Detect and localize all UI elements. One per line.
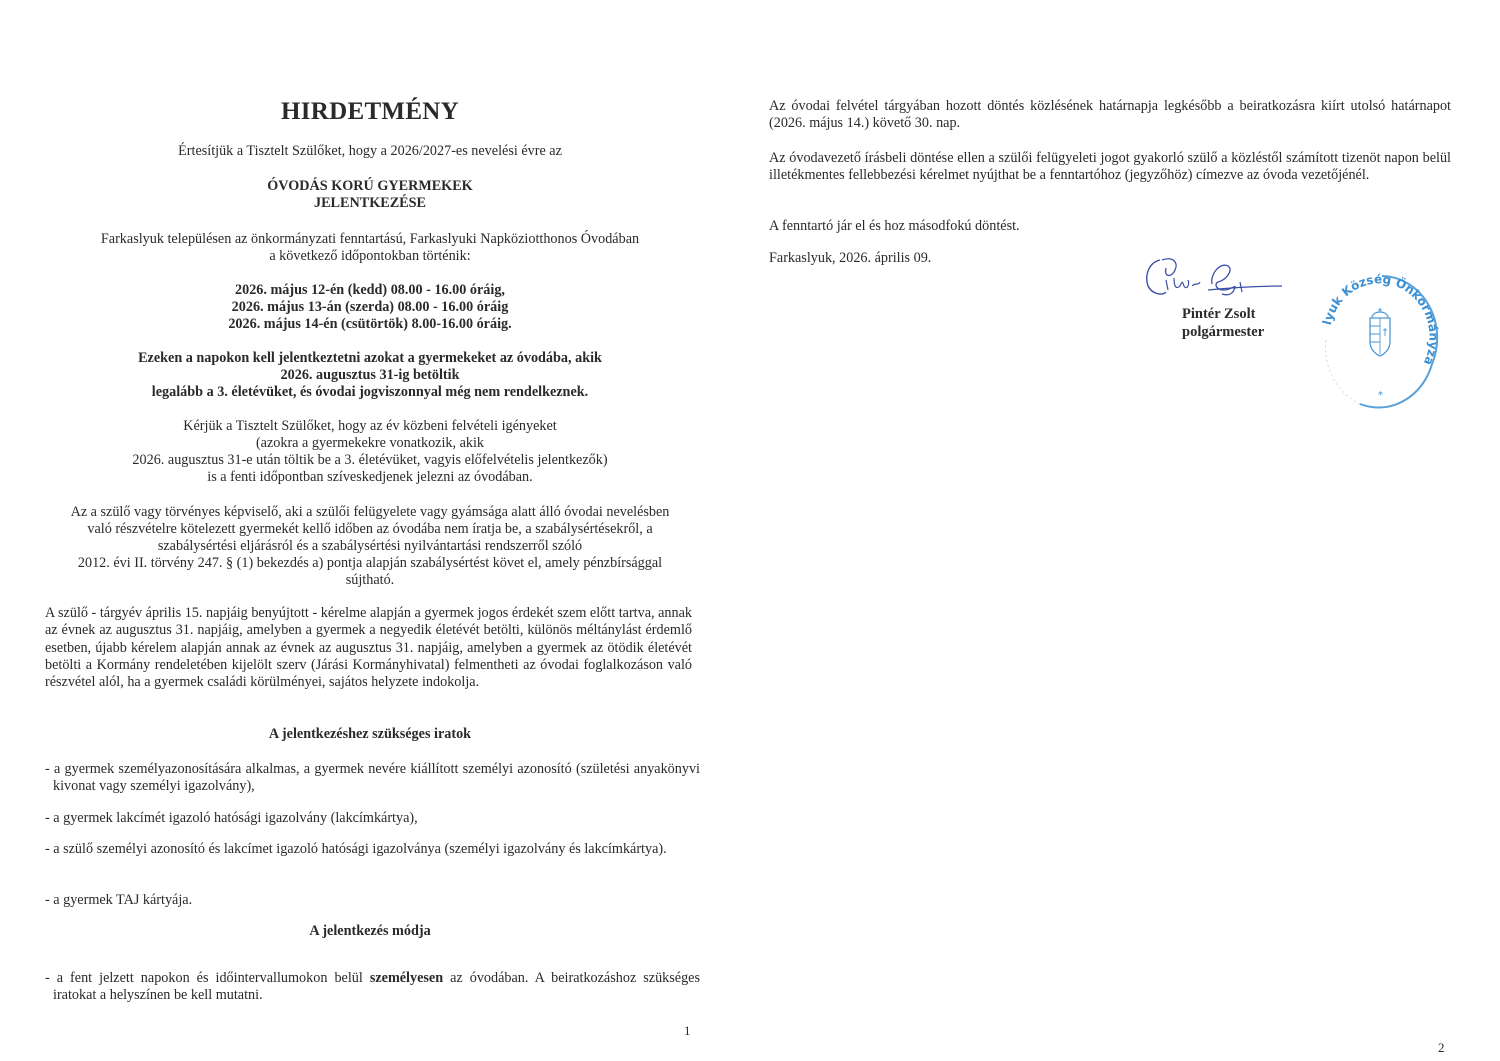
- method-heading: A jelentkezés módja: [0, 923, 740, 940]
- signatory-name: Pintér Zsolt: [1182, 305, 1255, 323]
- document-item-1: - a gyermek személyazonosítására alkalma…: [45, 761, 700, 796]
- exemption-paragraph: A szülő - tárgyév április 15. napjáig be…: [45, 605, 692, 691]
- request-line-1: Kérjük a Tisztelt Szülőket, hogy az év k…: [0, 418, 740, 435]
- document-item-3: - a szülő személyi azonosító és lakcímet…: [45, 841, 692, 858]
- penalty-line-2: való részvételre kötelezett gyermekét ke…: [0, 521, 740, 538]
- signature-icon: [1142, 252, 1292, 307]
- place-date-text: Farkaslyuk, 2026. április 09.: [769, 250, 1451, 267]
- eligibility-line-2: 2026. augusztus 31-ig betöltik: [0, 367, 740, 384]
- penalty-line-4: 2012. évi II. törvény 247. § (1) bekezdé…: [0, 555, 740, 572]
- enrollment-date-3: 2026. május 14-én (csütörtök) 8.00-16.00…: [0, 316, 740, 333]
- method-paragraph: - a fent jelzett napokon és időintervall…: [45, 970, 700, 1005]
- eligibility-line-3: legalább a 3. életévüket, és óvodai jogv…: [0, 384, 740, 401]
- documents-heading: A jelentkezéshez szükséges iratok: [0, 726, 740, 743]
- penalty-line-1: Az a szülő vagy törvényes képviselő, aki…: [0, 504, 740, 521]
- location-line-1: Farkaslyuk településen az önkormányzati …: [0, 231, 740, 248]
- subtitle-line-1: ÓVODÁS KORÚ GYERMEKEK: [0, 178, 740, 195]
- request-line-4: is a fenti időpontban szíveskedjenek jel…: [0, 469, 740, 486]
- svg-text:*: *: [1378, 390, 1383, 401]
- document-page-2: Az óvodai felvétel tárgyában hozott dönt…: [750, 0, 1500, 1061]
- page-number: 2: [1438, 1040, 1445, 1056]
- second-instance-text: A fenntartó jár el és hoz másodfokú dönt…: [769, 218, 1451, 235]
- enrollment-date-1: 2026. május 12-én (kedd) 08.00 - 16.00 ó…: [0, 282, 740, 299]
- page-title: HIRDETMÉNY: [0, 98, 740, 126]
- location-line-2: a következő időpontokban történik:: [0, 248, 740, 265]
- penalty-line-5: sújtható.: [0, 572, 740, 589]
- request-line-3: 2026. augusztus 31-e után töltik be a 3.…: [0, 452, 740, 469]
- appeal-paragraph: Az óvodavezető írásbeli döntése ellen a …: [769, 150, 1451, 185]
- document-item-4: - a gyermek TAJ kártyája.: [45, 892, 692, 909]
- official-stamp-icon: lyuk Község Önkormányzata *: [1312, 268, 1442, 410]
- document-item-2: - a gyermek lakcímét igazoló hatósági ig…: [45, 810, 692, 827]
- subtitle-line-2: JELENTKEZÉSE: [0, 195, 740, 212]
- document-page-1: HIRDETMÉNY Értesítjük a Tisztelt Szülőke…: [0, 0, 750, 1061]
- decision-deadline-paragraph: Az óvodai felvétel tárgyában hozott dönt…: [769, 98, 1451, 133]
- method-text-emphasis: személyesen: [370, 970, 443, 986]
- penalty-line-3: szabálysértési eljárásról és a szabálysé…: [0, 538, 740, 555]
- signatory-title: polgármester: [1182, 323, 1264, 341]
- eligibility-line-1: Ezeken a napokon kell jelentkeztetni azo…: [0, 350, 740, 367]
- request-line-2: (azokra a gyermekekre vonatkozik, akik: [0, 435, 740, 452]
- page-number: 1: [684, 1023, 691, 1039]
- enrollment-date-2: 2026. május 13-án (szerda) 08.00 - 16.00…: [0, 299, 740, 316]
- intro-text: Értesítjük a Tisztelt Szülőket, hogy a 2…: [0, 143, 740, 160]
- method-text-prefix: - a fent jelzett napokon és időintervall…: [45, 970, 370, 986]
